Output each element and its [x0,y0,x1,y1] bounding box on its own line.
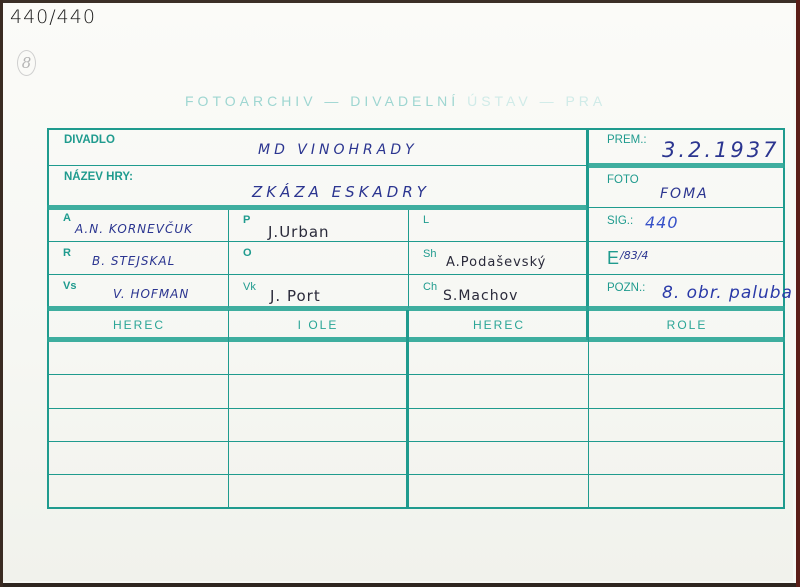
value-prem: 3.2.1937 [662,138,780,162]
divider-credit-row1 [47,241,587,242]
card-border-top [47,128,785,130]
value-credit-vs: V. HOFMAN [113,287,189,301]
label-credit-o: O [243,247,252,259]
divider-cast-col2 [406,310,409,508]
stamp-header-strong: FOTOARCHIV — DIVADELNÍ [185,93,459,109]
label-foto: FOTO [607,174,639,186]
divider-divadlo [47,165,587,166]
label-prem: PREM.: [607,134,647,146]
divider-title [47,205,587,210]
label-divadlo: DIVADLO [64,134,115,146]
label-credit-vk: Vk [243,281,256,293]
circled-page-mark: 8 [17,50,36,76]
label-sig: SIG.: [607,215,633,227]
label-pozn: POZN.: [607,282,645,294]
divider-sig [588,241,785,242]
cast-row-line [47,441,785,442]
value-e: /83/4 [620,249,648,262]
value-pozn: 8. obr. paluba [662,283,793,303]
label-credit-sh: Sh [423,248,436,260]
header-herec-2: HEREC [409,318,589,332]
divider-col1 [228,210,229,308]
divider-cast-col1 [228,310,229,508]
divider-cast-header [47,337,785,342]
label-credit-a: A [63,212,71,224]
header-herec-1: HEREC [49,318,229,332]
value-foto: FOMA [660,186,709,202]
value-credit-r: B. STEJSKAL [92,254,175,268]
archive-number: 440/440 [10,6,96,28]
divider-credit-row2 [47,274,587,275]
divider-cast-col3 [588,310,589,508]
value-credit-sh: A.Podaševský [446,255,546,270]
divider-foto [588,207,785,208]
value-nazev-hry: ZKÁZA ESKADRY [252,183,430,201]
stamp-header: FOTOARCHIV — DIVADELNÍ ÚSTAV — PRA [185,93,606,109]
label-credit-p: P [243,214,250,226]
cast-row-line [47,408,785,409]
header-role-1: I OLE [229,318,407,332]
value-sig: 440 [645,213,679,232]
label-credit-vs: Vs [63,280,76,292]
divider-prem [588,163,785,168]
value-credit-p: J.Urban [268,223,330,241]
card-border-bottom [47,507,785,509]
value-divadlo: MD VINOHRADY [258,142,418,158]
divider-credits-bottom [47,306,785,311]
label-credit-r: R [63,247,71,259]
label-e: E [607,248,619,269]
header-role-2: ROLE [589,318,785,332]
label-credit-ch: Ch [423,281,437,293]
cast-row-line [47,474,785,475]
stamp-header-faded: ÚSTAV — PRA [459,93,606,109]
value-credit-a: A.N. KORNEVČUK [75,222,193,236]
divider-col2 [408,210,409,308]
cast-row-line [47,374,785,375]
label-nazev-hry: NÁZEV HRY: [64,171,133,183]
value-credit-ch: S.Machov [443,288,518,304]
divider-e [588,274,785,275]
value-credit-vk: J. Port [270,287,321,305]
label-credit-l: L [423,214,429,226]
